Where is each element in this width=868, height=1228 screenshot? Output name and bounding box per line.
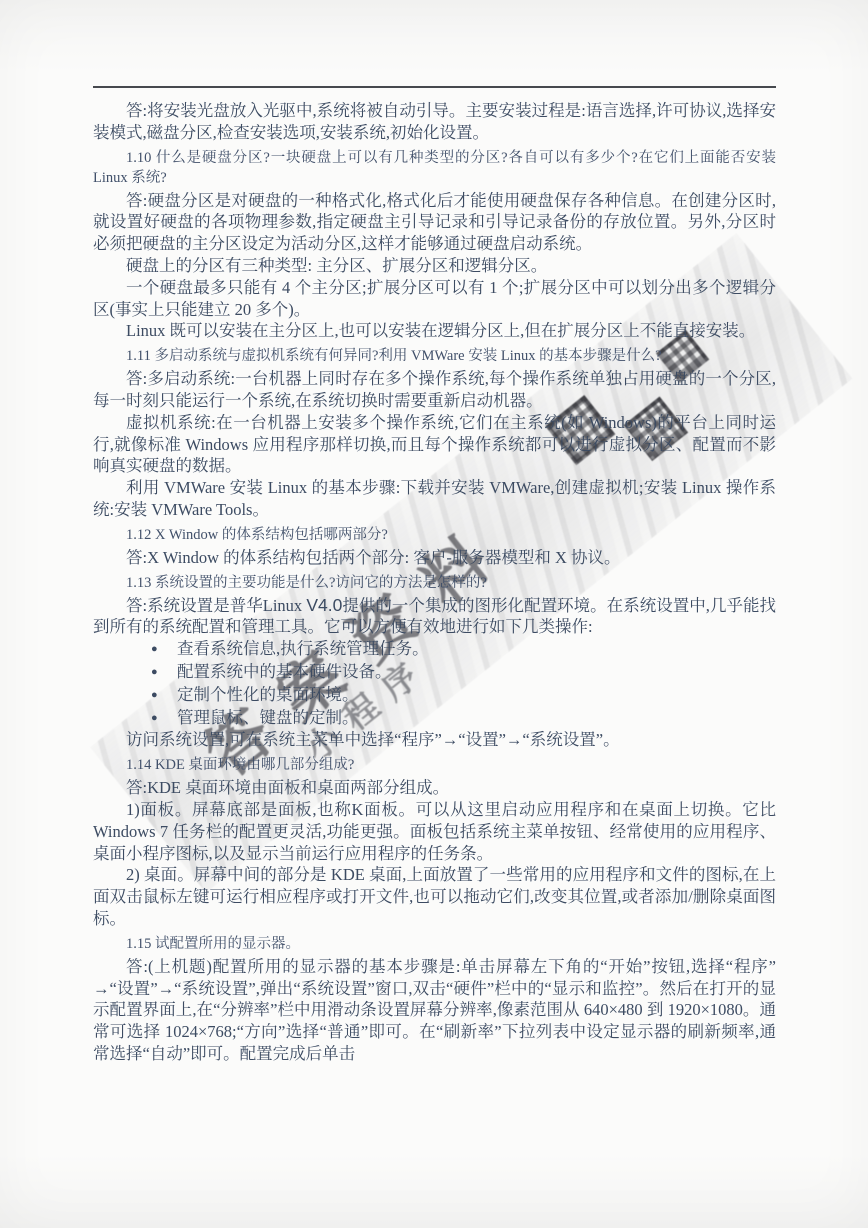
- text-run: 1.10 什么是硬盘分区?一块硬盘上可以有几种类型的分区?各自可以有多少个?在它…: [93, 150, 776, 186]
- paragraph-bullet: ●查看系统信息,执行系统管理任务。: [93, 638, 776, 661]
- text-run: 虚拟机系统:在一台机器上安装多个操作系统,它们在主系统(如 Windows)的平…: [93, 413, 776, 476]
- text-run: 1.12 X Window 的体系结构包括哪两部分?: [126, 527, 388, 543]
- paragraph-answer: 2) 桌面。屏幕中间的部分是 KDE 桌面,上面放置了一些常用的应用程序和文件的…: [93, 864, 776, 929]
- paragraph-answer: 答:将安装光盘放入光驱中,系统将被自动引导。主要安装过程是:语言选择,许可协议,…: [93, 100, 776, 144]
- text-run: 硬盘上的分区有三种类型: 主分区、扩展分区和逻辑分区。: [126, 256, 547, 275]
- paragraph-question: 1.12 X Window 的体系结构包括哪两部分?: [93, 525, 776, 545]
- text-run: 1)面板。屏幕底部是面板,也称K面板。可以从这里启动应用程序和在桌面上切换。它比…: [93, 800, 776, 863]
- paragraph-bullet: ●定制个性化的桌面环境。: [93, 684, 776, 707]
- paragraph-answer: 利用 VMWare 安装 Linux 的基本步骤:下载并安装 VMWare,创建…: [93, 477, 776, 521]
- paragraph-bullet: ●配置系统中的基本硬件设备。: [93, 661, 776, 684]
- paragraph-answer: 答:硬盘分区是对硬盘的一种格式化,格式化后才能使用硬盘保存各种信息。在创建分区时…: [93, 190, 776, 255]
- paragraph-answer: 一个硬盘最多只能有 4 个主分区;扩展分区可以有 1 个;扩展分区中可以划分出多…: [93, 277, 776, 321]
- document-body: 答:将安装光盘放入光驱中,系统将被自动引导。主要安装过程是:语言选择,许可协议,…: [93, 100, 776, 1065]
- text-run: 查看系统信息,执行系统管理任务。: [177, 639, 429, 658]
- text-run: 管理鼠标、键盘的定制。: [177, 708, 359, 727]
- text-run: V4.0: [306, 595, 342, 615]
- paragraph-question: 1.11 多启动系统与虚拟机系统有何异同?利用 VMWare 安装 Linux …: [93, 346, 776, 366]
- text-run: 1.15 试配置所用的显示器。: [126, 936, 300, 952]
- text-run: 1.11 多启动系统与虚拟机系统有何异同?利用 VMWare 安装 Linux …: [126, 348, 662, 364]
- paragraph-answer: 硬盘上的分区有三种类型: 主分区、扩展分区和逻辑分区。: [93, 255, 776, 277]
- paragraph-answer: 答:X Window 的体系结构包括两个部分: 客户-服务器模型和 X 协议。: [93, 547, 776, 569]
- text-run: 1.14 KDE 桌面环境由哪几部分组成?: [126, 757, 354, 773]
- bullet-icon: ●: [151, 662, 177, 684]
- text-run: 答:硬盘分区是对硬盘的一种格式化,格式化后才能使用硬盘保存各种信息。在创建分区时…: [93, 191, 776, 254]
- paragraph-answer: 答:多启动系统:一台机器上同时存在多个操作系统,每个操作系统单独占用硬盘的一个分…: [93, 368, 776, 412]
- text-run: 2) 桌面。屏幕中间的部分是 KDE 桌面,上面放置了一些常用的应用程序和文件的…: [93, 865, 776, 928]
- paragraph-answer: 答:系统设置是普华Linux V4.0提供的一个集成的图形化配置环境。在系统设置…: [93, 595, 776, 639]
- paragraph-answer: 访问系统设置,可在系统主菜单中选择“程序”→“设置”→“系统设置”。: [93, 729, 776, 751]
- text-run: Linux 既可以安装在主分区上,也可以安装在逻辑分区上,但在扩展分区上不能直接…: [126, 321, 755, 340]
- text-run: 访问系统设置,可在系统主菜单中选择“程序”→“设置”→“系统设置”。: [126, 730, 620, 749]
- bullet-icon: ●: [151, 708, 177, 730]
- paragraph-question: 1.14 KDE 桌面环境由哪几部分组成?: [93, 755, 776, 775]
- paragraph-question: 1.13 系统设置的主要功能是什么?访问它的方法是怎样的?: [93, 573, 776, 593]
- text-run: 一个硬盘最多只能有 4 个主分区;扩展分区可以有 1 个;扩展分区中可以划分出多…: [93, 278, 776, 319]
- paragraph-answer: 答:KDE 桌面环境由面板和桌面两部分组成。: [93, 777, 776, 799]
- bullet-icon: ●: [151, 639, 177, 661]
- paragraph-answer: 答:(上机题)配置所用的显示器的基本步骤是:单击屏幕左下角的“开始”按钮,选择“…: [93, 956, 776, 1065]
- text-run: 答:X Window 的体系结构包括两个部分: 客户-服务器模型和 X 协议。: [126, 548, 620, 567]
- text-run: 1.13 系统设置的主要功能是什么?访问它的方法是怎样的?: [126, 575, 487, 591]
- text-run: 答:将安装光盘放入光驱中,系统将被自动引导。主要安装过程是:语言选择,许可协议,…: [93, 101, 776, 142]
- paragraph-answer: 虚拟机系统:在一台机器上安装多个操作系统,它们在主系统(如 Windows)的平…: [93, 412, 776, 477]
- header-rule: [93, 86, 776, 88]
- paragraph-question: 1.10 什么是硬盘分区?一块硬盘上可以有几种类型的分区?各自可以有多少个?在它…: [93, 148, 776, 188]
- text-run: 定制个性化的桌面环境。: [177, 685, 359, 704]
- paragraph-question: 1.15 试配置所用的显示器。: [93, 934, 776, 954]
- text-run: 利用 VMWare 安装 Linux 的基本步骤:下载并安装 VMWare,创建…: [93, 478, 776, 519]
- text-run: 答:(上机题)配置所用的显示器的基本步骤是:单击屏幕左下角的“开始”按钮,选择“…: [93, 957, 776, 1063]
- paragraph-answer: 1)面板。屏幕底部是面板,也称K面板。可以从这里启动应用程序和在桌面上切换。它比…: [93, 799, 776, 864]
- text-run: 答:系统设置是普华Linux: [126, 596, 306, 615]
- text-run: 答:多启动系统:一台机器上同时存在多个操作系统,每个操作系统单独占用硬盘的一个分…: [93, 369, 776, 410]
- paragraph-answer: Linux 既可以安装在主分区上,也可以安装在逻辑分区上,但在扩展分区上不能直接…: [93, 320, 776, 342]
- text-run: 答:KDE 桌面环境由面板和桌面两部分组成。: [126, 778, 449, 797]
- paragraph-bullet: ●管理鼠标、键盘的定制。: [93, 707, 776, 730]
- text-run: 配置系统中的基本硬件设备。: [177, 662, 392, 681]
- bullet-icon: ●: [151, 685, 177, 707]
